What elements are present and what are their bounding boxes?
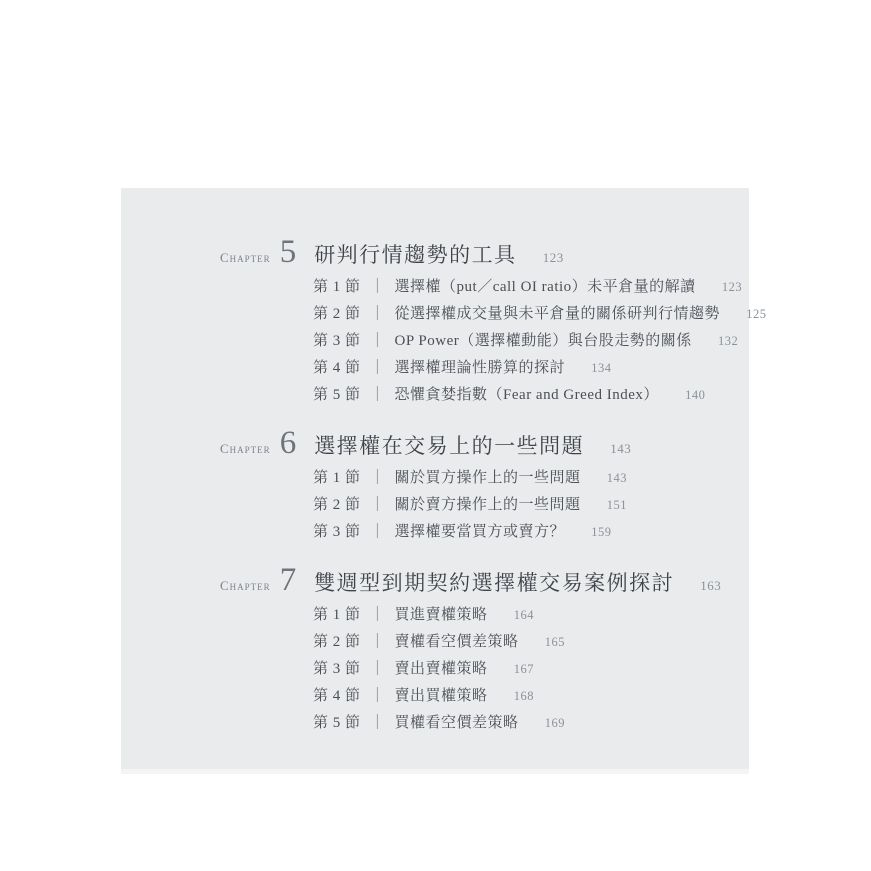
section-separator: ｜ (370, 524, 386, 540)
section-label: 第 4 節 (313, 360, 361, 376)
chapter-number: 7 (280, 564, 297, 597)
section-separator: ｜ (370, 688, 386, 704)
section-title: 關於賣方操作上的一些問題 (395, 497, 581, 513)
section-title: 選擇權（put／call OI ratio）未平倉量的解讀 (395, 279, 696, 295)
section-separator: ｜ (370, 661, 386, 677)
section-label: 第 3 節 (313, 333, 361, 349)
section-label: 第 1 節 (313, 470, 361, 486)
chapter-word-label: Chapter (220, 441, 271, 457)
chapter-heading: Chapter 6 選擇權在交易上的一些問題 143 (121, 427, 749, 465)
section-label: 第 1 節 (313, 607, 361, 623)
section-row: 第 1 節 ｜ 買進賣權策略 164 (121, 602, 749, 629)
chapter-word-label: Chapter (220, 578, 271, 594)
section-label: 第 3 節 (313, 524, 361, 540)
section-page-number: 165 (545, 635, 565, 649)
section-title: 賣出賣權策略 (395, 661, 488, 677)
section-row: 第 2 節 ｜ 從選擇權成交量與未平倉量的關係研判行情趨勢 125 (121, 301, 749, 328)
section-title: OP Power（選擇權動能）與台股走勢的關係 (395, 333, 692, 349)
section-label: 第 2 節 (313, 306, 361, 322)
section-page-number: 143 (607, 471, 627, 485)
chapter-page-number: 123 (543, 250, 564, 266)
section-page-number: 123 (722, 280, 742, 294)
section-page-number: 168 (514, 689, 534, 703)
section-separator: ｜ (370, 715, 386, 731)
section-row: 第 2 節 ｜ 賣權看空價差策略 165 (121, 629, 749, 656)
chapter-number: 5 (280, 236, 297, 269)
section-title: 選擇權要當買方或賣方？ (395, 524, 566, 540)
section-label: 第 3 節 (313, 661, 361, 677)
section-title: 關於買方操作上的一些問題 (395, 470, 581, 486)
section-title: 恐懼貪婪指數（Fear and Greed Index） (395, 387, 659, 403)
section-row: 第 1 節 ｜ 關於買方操作上的一些問題 143 (121, 465, 749, 492)
section-title: 從選擇權成交量與未平倉量的關係研判行情趨勢 (395, 306, 721, 322)
chapter-title: 選擇權在交易上的一些問題 (314, 430, 584, 460)
section-label: 第 2 節 (313, 634, 361, 650)
section-title: 選擇權理論性勝算的探討 (395, 360, 566, 376)
chapter-heading: Chapter 7 雙週型到期契約選擇權交易案例探討 163 (121, 564, 749, 602)
section-label: 第 2 節 (313, 497, 361, 513)
section-label: 第 4 節 (313, 688, 361, 704)
chapter-block: Chapter 6 選擇權在交易上的一些問題 143 第 1 節 ｜ 關於買方操… (121, 427, 749, 546)
chapter-word-label: Chapter (220, 250, 271, 266)
section-row: 第 2 節 ｜ 關於賣方操作上的一些問題 151 (121, 492, 749, 519)
section-separator: ｜ (370, 607, 386, 623)
section-row: 第 3 節 ｜ OP Power（選擇權動能）與台股走勢的關係 132 (121, 328, 749, 355)
section-page-number: 151 (607, 498, 627, 512)
section-title: 買權看空價差策略 (395, 715, 519, 731)
screenshot-canvas: Chapter 5 研判行情趨勢的工具 123 第 1 節 ｜ 選擇權（put／… (0, 0, 871, 871)
section-label: 第 5 節 (313, 387, 361, 403)
chapter-heading: Chapter 5 研判行情趨勢的工具 123 (121, 236, 749, 274)
chapter-title: 研判行情趨勢的工具 (314, 239, 517, 269)
toc-book-page: Chapter 5 研判行情趨勢的工具 123 第 1 節 ｜ 選擇權（put／… (121, 188, 749, 774)
section-separator: ｜ (370, 279, 386, 295)
section-title: 賣出買權策略 (395, 688, 488, 704)
chapter-title: 雙週型到期契約選擇權交易案例探討 (314, 567, 674, 597)
section-page-number: 140 (685, 388, 705, 402)
section-row: 第 1 節 ｜ 選擇權（put／call OI ratio）未平倉量的解讀 12… (121, 274, 749, 301)
section-page-number: 159 (591, 525, 611, 539)
section-separator: ｜ (370, 497, 386, 513)
section-row: 第 5 節 ｜ 買權看空價差策略 169 (121, 710, 749, 737)
section-title: 買進賣權策略 (395, 607, 488, 623)
section-row: 第 4 節 ｜ 賣出買權策略 168 (121, 683, 749, 710)
section-separator: ｜ (370, 333, 386, 349)
chapter-block: Chapter 5 研判行情趨勢的工具 123 第 1 節 ｜ 選擇權（put／… (121, 236, 749, 409)
section-label: 第 5 節 (313, 715, 361, 731)
section-page-number: 167 (514, 662, 534, 676)
chapter-block: Chapter 7 雙週型到期契約選擇權交易案例探討 163 第 1 節 ｜ 買… (121, 564, 749, 737)
section-separator: ｜ (370, 634, 386, 650)
section-page-number: 169 (545, 716, 565, 730)
chapter-number: 6 (280, 427, 297, 460)
section-page-number: 134 (591, 361, 611, 375)
section-row: 第 4 節 ｜ 選擇權理論性勝算的探討 134 (121, 355, 749, 382)
section-page-number: 125 (746, 307, 766, 321)
section-separator: ｜ (370, 306, 386, 322)
section-page-number: 132 (718, 334, 738, 348)
chapter-page-number: 163 (700, 578, 721, 594)
section-row: 第 5 節 ｜ 恐懼貪婪指數（Fear and Greed Index） 140 (121, 382, 749, 409)
section-title: 賣權看空價差策略 (395, 634, 519, 650)
section-separator: ｜ (370, 360, 386, 376)
section-separator: ｜ (370, 387, 386, 403)
chapter-page-number: 143 (610, 441, 631, 457)
section-separator: ｜ (370, 470, 386, 486)
section-label: 第 1 節 (313, 279, 361, 295)
section-row: 第 3 節 ｜ 選擇權要當買方或賣方？ 159 (121, 519, 749, 546)
section-row: 第 3 節 ｜ 賣出賣權策略 167 (121, 656, 749, 683)
section-page-number: 164 (514, 608, 534, 622)
